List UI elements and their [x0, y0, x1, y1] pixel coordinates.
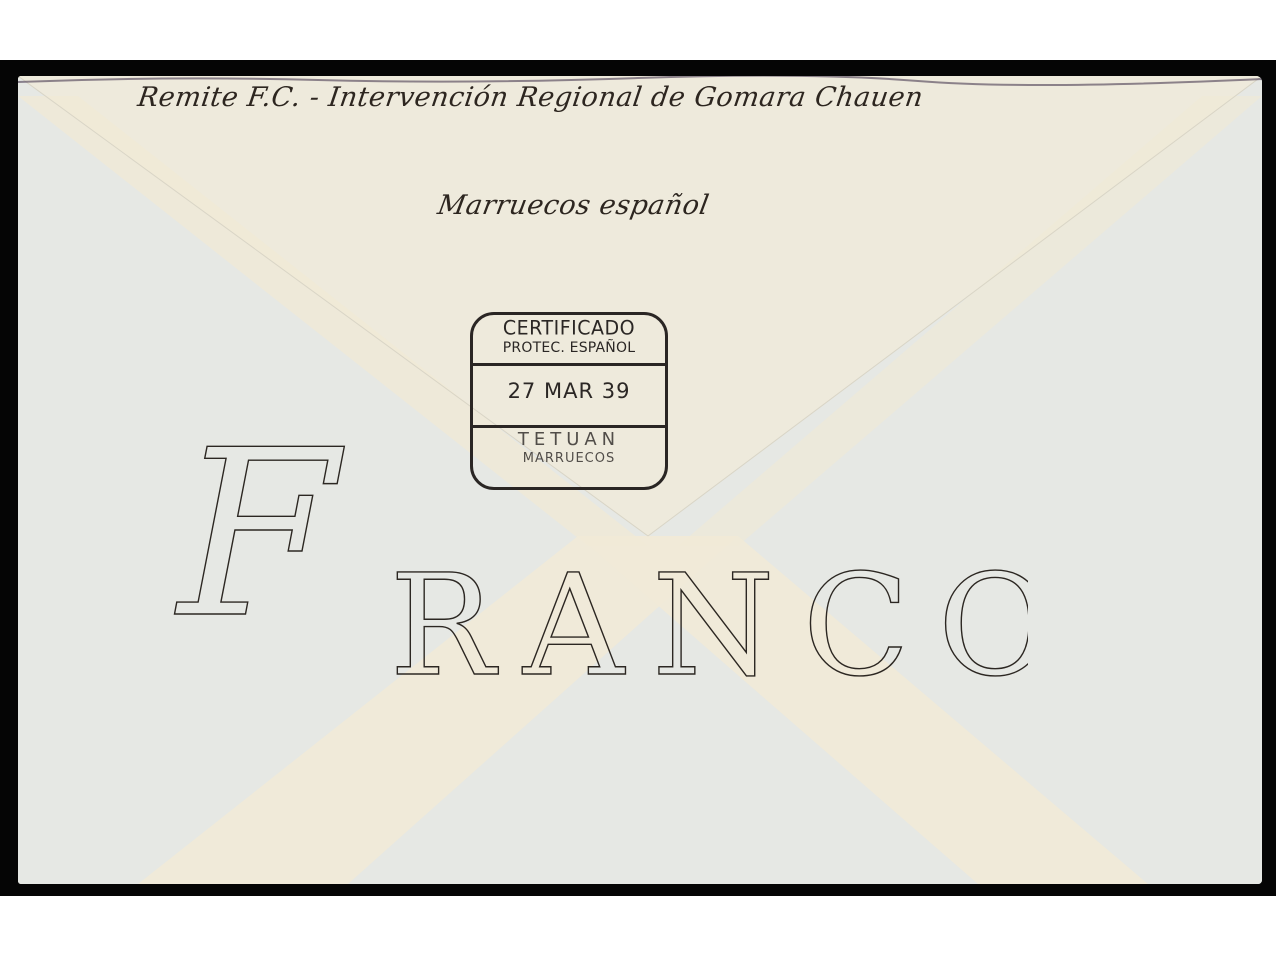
- postmark-divider: [473, 363, 665, 366]
- franco-handwritten-mark: FRANCO: [168, 444, 1028, 684]
- region-annotation: Marruecos español: [435, 190, 711, 221]
- franco-word: FRANCO: [174, 444, 1028, 684]
- postmark-line1: CERTIFICADO: [473, 316, 665, 339]
- postmark-divider: [473, 425, 665, 428]
- postmark-date: 27 MAR 39: [473, 379, 665, 403]
- postmark-line2: PROTEC. ESPAÑOL: [473, 339, 665, 357]
- sender-annotation: Remite F.C. - Intervención Regional de G…: [136, 82, 925, 113]
- envelope: Remite F.C. - Intervención Regional de G…: [18, 76, 1262, 884]
